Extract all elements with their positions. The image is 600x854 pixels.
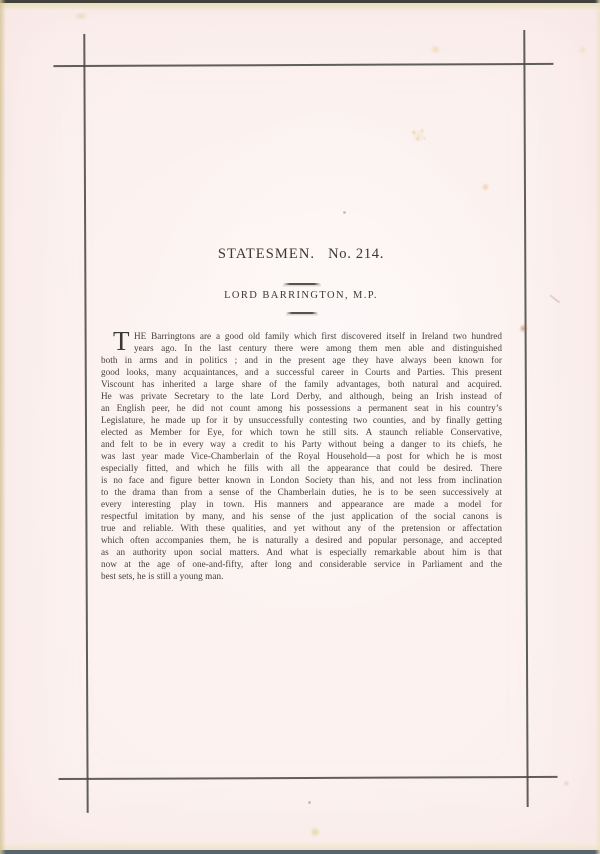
text-line: was last year made Vice-Chamberlain of t… (101, 450, 502, 462)
text-line: Legislature, he made up for it by unsucc… (101, 414, 502, 426)
series-title: STATESMEN. (218, 246, 315, 262)
border-rule-left (83, 34, 88, 813)
text-line: Viscount has inherited a large share of … (101, 378, 502, 390)
scanned-page: STATESMEN.No. 214. LORD BARRINGTON, M.P.… (0, 0, 600, 854)
text-line: good looks, many acquaintances, and a su… (101, 366, 502, 378)
text-line: and felt to be in every way a credit to … (101, 438, 502, 450)
text-line: as an authority upon social matters. And… (101, 546, 502, 558)
text-line: is no face and figure better known in Lo… (101, 474, 502, 486)
text-line: especially fitted, and which he fills wi… (101, 462, 502, 474)
text-line: HE Barringtons are a good old family whi… (134, 330, 502, 342)
border-rule-bottom (59, 776, 558, 780)
divider-rule-top (283, 283, 321, 285)
text-line: every interesting play in town. His mann… (101, 498, 502, 510)
issue-number: No. 214. (328, 246, 384, 262)
text-line: now at the age of one-and-fifty, after l… (101, 558, 502, 570)
text-line: He was private Secretary to the late Lor… (101, 390, 502, 402)
text-line: an English peer, he did not count among … (101, 402, 502, 414)
border-rule-right (523, 30, 528, 807)
text-line: both in arms and in politics ; and in th… (101, 354, 502, 366)
text-line: years ago. In the last century there wer… (134, 342, 502, 354)
masthead: STATESMEN.No. 214. (100, 246, 502, 263)
text-line: which often accompanies them, he is natu… (101, 534, 502, 546)
article-title: LORD BARRINGTON, M.P. (100, 290, 502, 301)
text-line: elected as Member for Eye, for which tow… (101, 426, 502, 438)
text-line: respectful imitation by many, and his se… (101, 510, 502, 522)
border-rule-top (53, 63, 553, 67)
text-line: best sets, he is still a young man. (101, 570, 502, 582)
divider-rule-bottom (286, 312, 318, 314)
text-line: true and reliable. With these qualities,… (101, 522, 502, 534)
text-line: to the drama than from a sense of the Ch… (101, 486, 502, 498)
article-body: T HE Barringtons are a good old family w… (101, 330, 502, 582)
drop-cap: T (101, 330, 134, 353)
